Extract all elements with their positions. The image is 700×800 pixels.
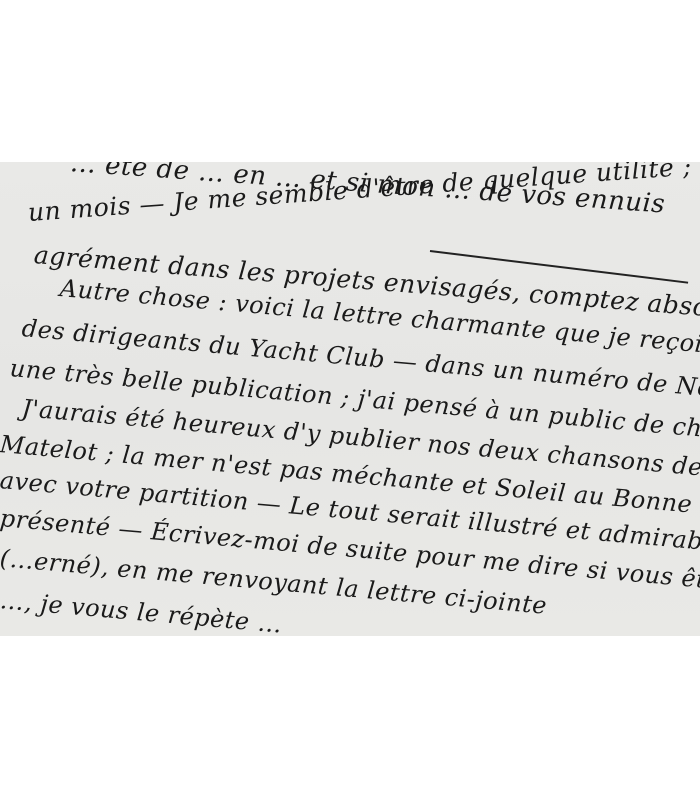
handwritten-line-12: …, je vous le répète … — [0, 586, 283, 636]
letter-paper: … été de … en … et si mon … de vos ennui… — [0, 162, 700, 636]
page-frame: … été de … en … et si mon … de vos ennui… — [0, 0, 700, 800]
